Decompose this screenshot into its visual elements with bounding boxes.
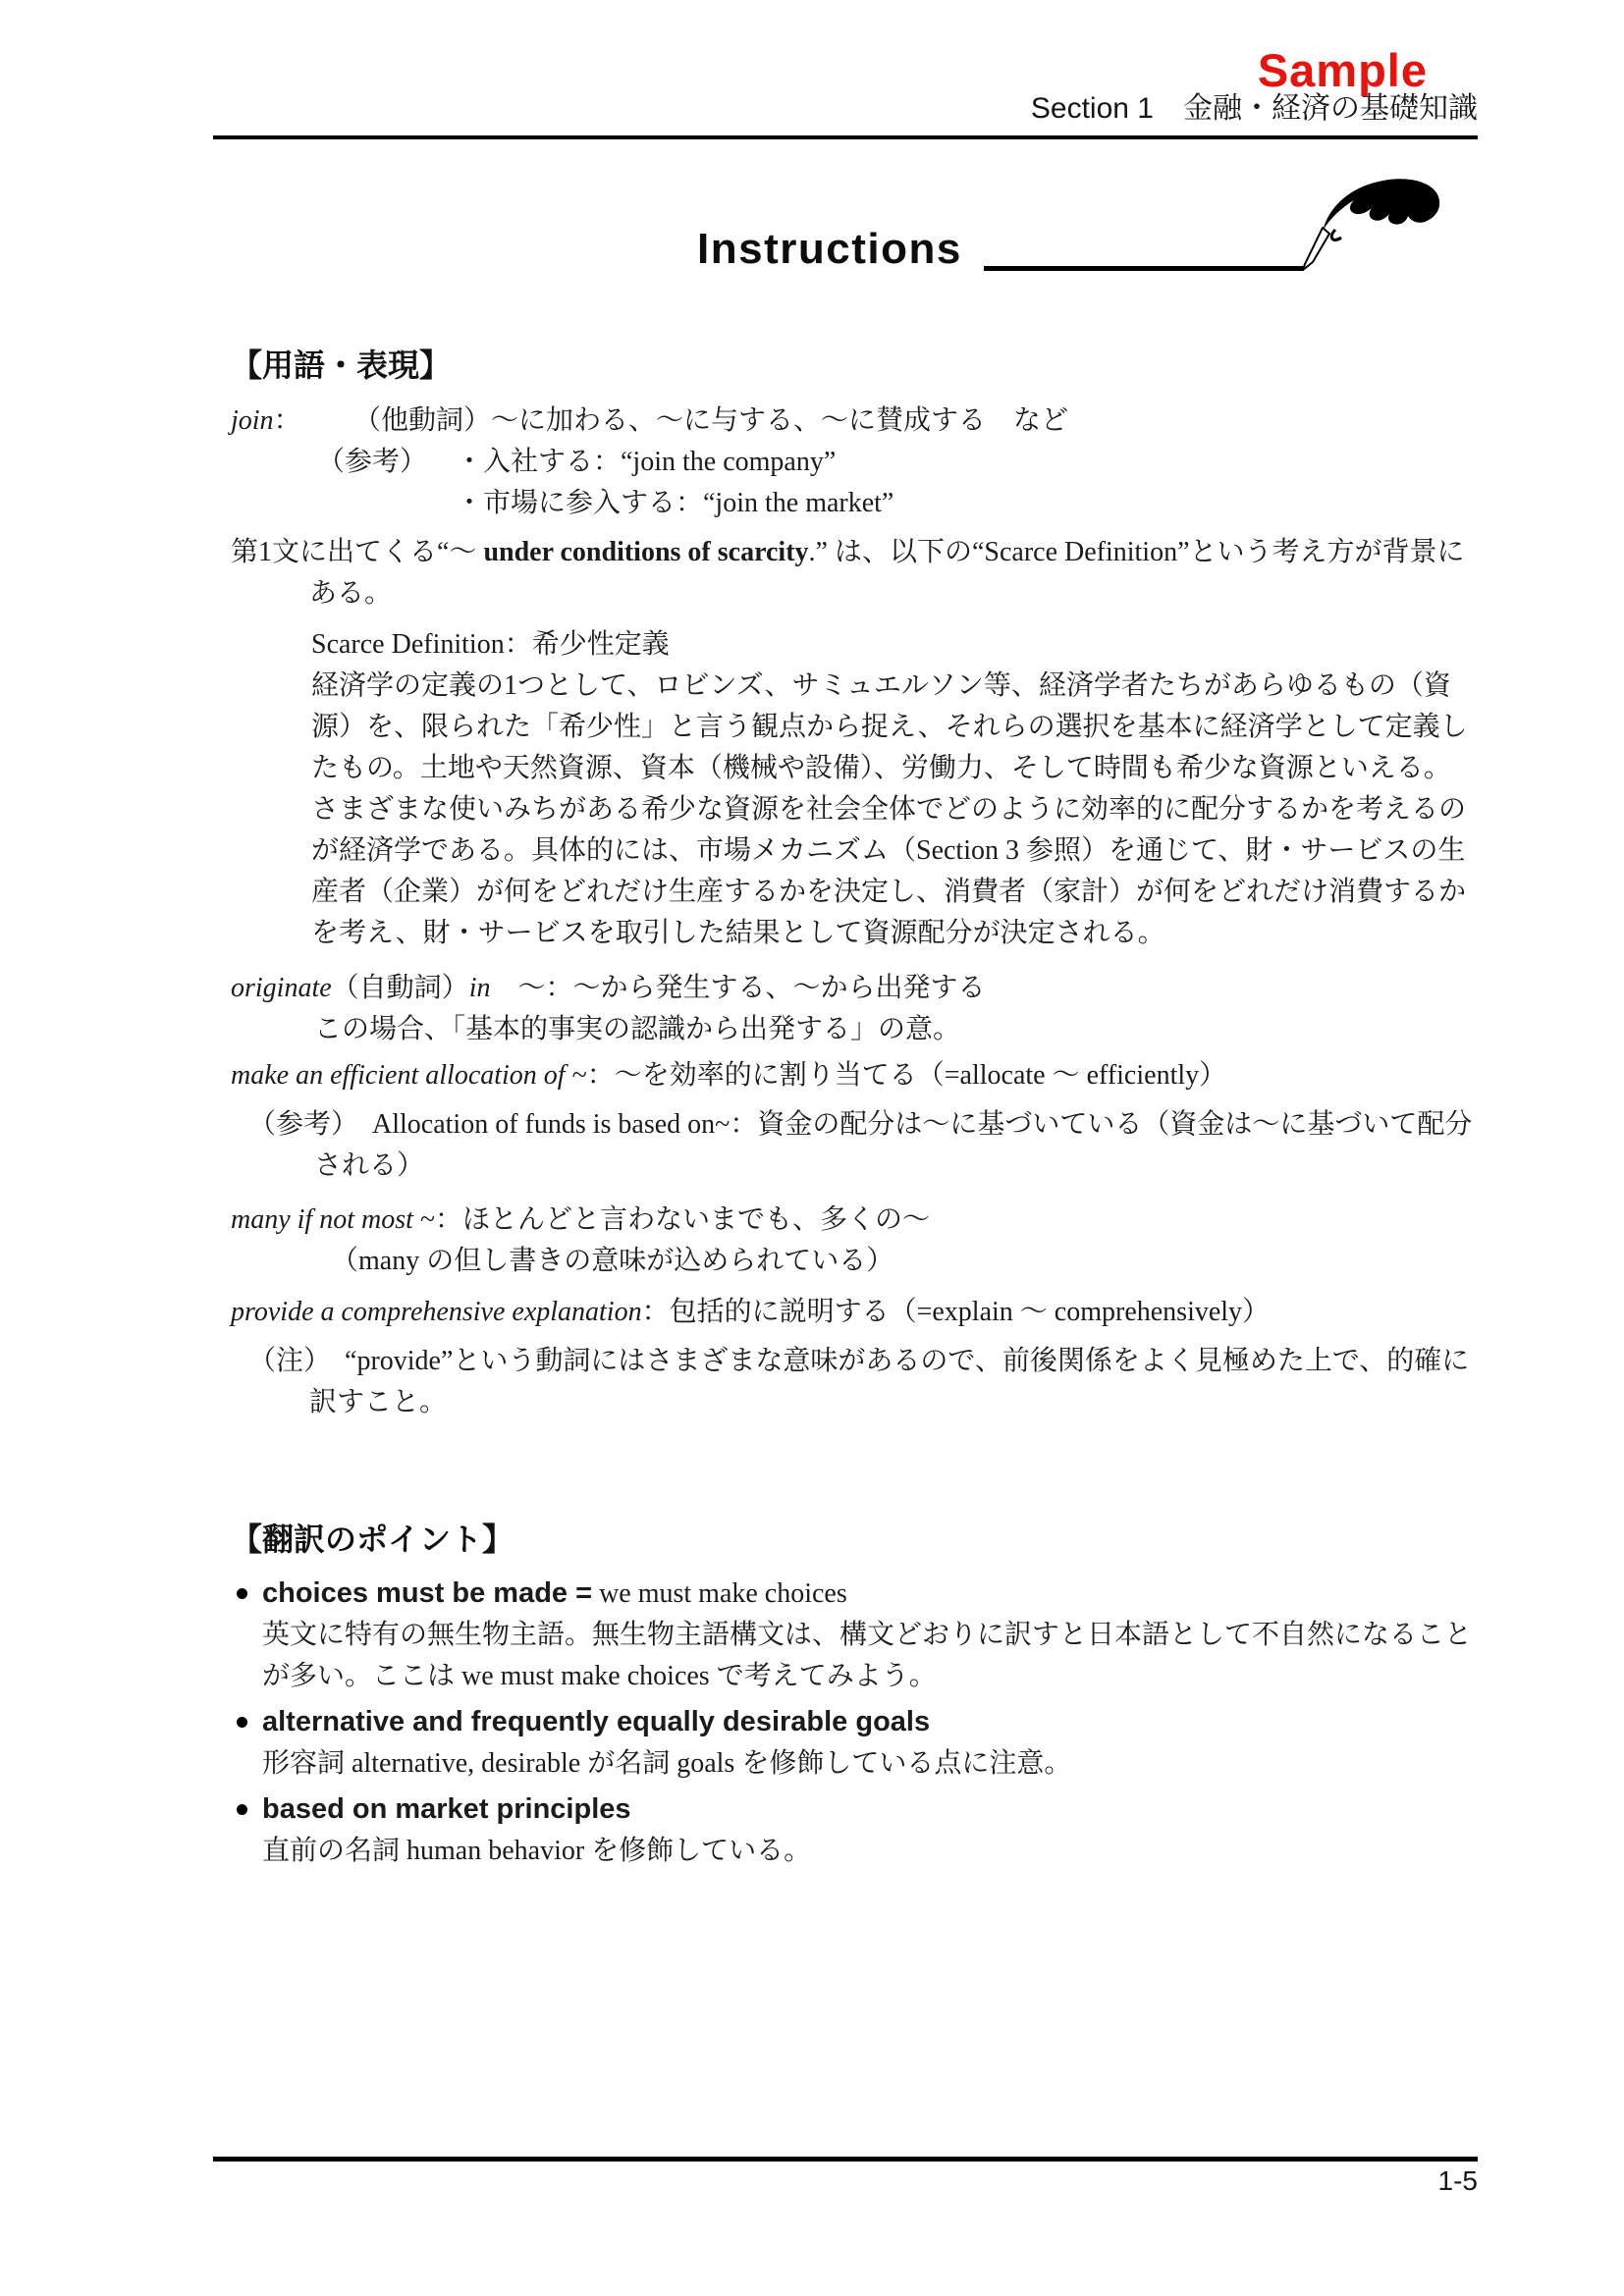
point-item-choices: choices must be made = we must make choi… xyxy=(231,1573,1478,1697)
term-join-colon: ： xyxy=(274,405,301,436)
point-title-line: based on market principles xyxy=(262,1789,1478,1831)
entry-join-ref1: （参考）・入社する：“join the company” xyxy=(317,442,1478,483)
point-title-line: alternative and frequently equally desir… xyxy=(262,1701,1478,1743)
point-body: 英文に特有の無生物主語。無生物主語構文は、構文どおりに訳すと日本語として不自然に… xyxy=(262,1615,1478,1697)
point-item-alternative: alternative and frequently equally desir… xyxy=(231,1701,1478,1785)
page-number: 1-5 xyxy=(1438,2165,1478,2197)
bullet-dot xyxy=(237,1804,247,1815)
scarcity-lead-pre: 第1文に出てくる“～ xyxy=(231,537,483,567)
points-list: choices must be made = we must make choi… xyxy=(231,1573,1478,1872)
allocation-ref-label: （参考） xyxy=(248,1109,358,1140)
point-title-bold: choices must be made = xyxy=(262,1577,592,1609)
entry-provide-line1: provide a comprehensive explanation：包括的に… xyxy=(231,1292,1478,1333)
entry-originate-note: この場合、「基本的事実の認識から出発する」の意。 xyxy=(314,1009,1478,1050)
document-page: Sample Section 1 金融・経済の基礎知識 Instructions… xyxy=(0,0,1624,2296)
term-originate: originate xyxy=(231,973,332,1003)
point-item-based-on: based on market principles 直前の名詞 human b… xyxy=(231,1789,1478,1872)
term-many: many if not most xyxy=(231,1204,413,1235)
term-originate-mid: （自動詞） xyxy=(332,973,469,1003)
point-title-line: choices must be made = we must make choi… xyxy=(262,1573,1478,1615)
quill-pen-icon xyxy=(1292,116,1459,273)
term-allocation: make an efficient allocation of xyxy=(231,1060,566,1091)
point-body: 形容詞 alternative, desirable が名詞 goals を修飾… xyxy=(262,1743,1478,1785)
body-content: 【用語・表現】 join：（他動詞）～に加わる、～に与する、～に賛成する など … xyxy=(231,344,1478,1872)
scarce-definition-body: 経済学の定義の1つとして、ロビンズ、サミュエルソン等、経済学者たちがあらゆるもの… xyxy=(311,666,1478,954)
entry-originate-line1: originate（自動詞）in ～：～から発生する、～から出発する xyxy=(231,968,1478,1009)
bullet-dot xyxy=(237,1588,247,1599)
term-provide-rest: ：包括的に説明する（=explain ～ comprehensively） xyxy=(642,1297,1270,1327)
ref2-text: ・市場に参入する：“join the market” xyxy=(456,488,893,518)
scarce-definition-title: Scarce Definition：希少性定義 xyxy=(311,624,1478,666)
scarcity-paragraph: 第1文に出てくる“～ under conditions of scarcity.… xyxy=(231,532,1478,614)
page-title: Instructions xyxy=(697,228,962,271)
entry-allocation-line1: make an efficient allocation of ~：～を効率的に… xyxy=(231,1055,1478,1096)
term-join: join xyxy=(231,405,274,436)
entry-join: join：（他動詞）～に加わる、～に与する、～に賛成する など （参考）・入社す… xyxy=(231,400,1478,524)
scarcity-bold-phrase: under conditions of scarcity xyxy=(483,537,808,567)
title-underline xyxy=(984,266,1304,271)
sample-watermark: Sample xyxy=(1258,47,1428,93)
bullet-dot xyxy=(237,1717,247,1728)
entry-many-line1: many if not most ~：ほとんどと言わないまでも、多くの～ xyxy=(231,1200,1478,1241)
point-title-bold: alternative and frequently equally desir… xyxy=(262,1706,930,1737)
header-rule xyxy=(213,135,1478,139)
entry-many-note: （many の但し書きの意味が込められている） xyxy=(331,1241,1478,1282)
term-provide: provide a comprehensive explanation xyxy=(231,1297,642,1327)
term-originate-in: in xyxy=(469,973,491,1003)
point-body: 直前の名詞 human behavior を修飾している。 xyxy=(262,1831,1478,1872)
scarce-definition-block: Scarce Definition：希少性定義 経済学の定義の1つとして、ロビン… xyxy=(311,624,1478,954)
entry-provide-note: （注） “provide”という動詞にはさまざまな意味があるので、前後関係をよく… xyxy=(248,1341,1478,1423)
entry-join-ref2: ・市場に参入する：“join the market” xyxy=(456,483,1478,524)
entry-provide: provide a comprehensive explanation：包括的に… xyxy=(231,1292,1478,1423)
entry-many: many if not most ~：ほとんどと言わないまでも、多くの～ （ma… xyxy=(231,1200,1478,1282)
ref-label: （参考） xyxy=(317,442,456,483)
point-title-suffix: we must make choices xyxy=(592,1578,847,1609)
point-title-bold: based on market principles xyxy=(262,1793,631,1825)
provide-note-label: （注） xyxy=(248,1346,331,1376)
term-join-definition: （他動詞）～に加わる、～に与する、～に賛成する など xyxy=(353,405,1068,436)
provide-note-body: “provide”という動詞にはさまざまな意味があるので、前後関係をよく見極めた… xyxy=(309,1346,1469,1417)
entry-originate: originate（自動詞）in ～：～から発生する、～から出発する この場合、… xyxy=(231,968,1478,1050)
term-many-rest: ~：ほとんどと言わないまでも、多くの～ xyxy=(413,1204,930,1235)
allocation-ref-body: Allocation of funds is based on~：資金の配分は～… xyxy=(314,1109,1472,1181)
footer-rule xyxy=(213,2157,1478,2162)
entry-join-line1: join：（他動詞）～に加わる、～に与する、～に賛成する など xyxy=(231,400,1478,442)
ref1-text: ・入社する：“join the company” xyxy=(456,447,836,477)
entry-allocation-ref: （参考） Allocation of funds is based on~：資金… xyxy=(248,1104,1478,1187)
entry-allocation: make an efficient allocation of ~：～を効率的に… xyxy=(231,1055,1478,1187)
terms-heading: 【用語・表現】 xyxy=(231,344,1478,387)
term-allocation-rest: ~：～を効率的に割り当てる（=allocate ～ efficiently） xyxy=(566,1060,1227,1091)
points-heading: 【翻訳のポイント】 xyxy=(231,1518,1478,1561)
term-originate-rest: ～：～から発生する、～から出発する xyxy=(490,973,985,1003)
